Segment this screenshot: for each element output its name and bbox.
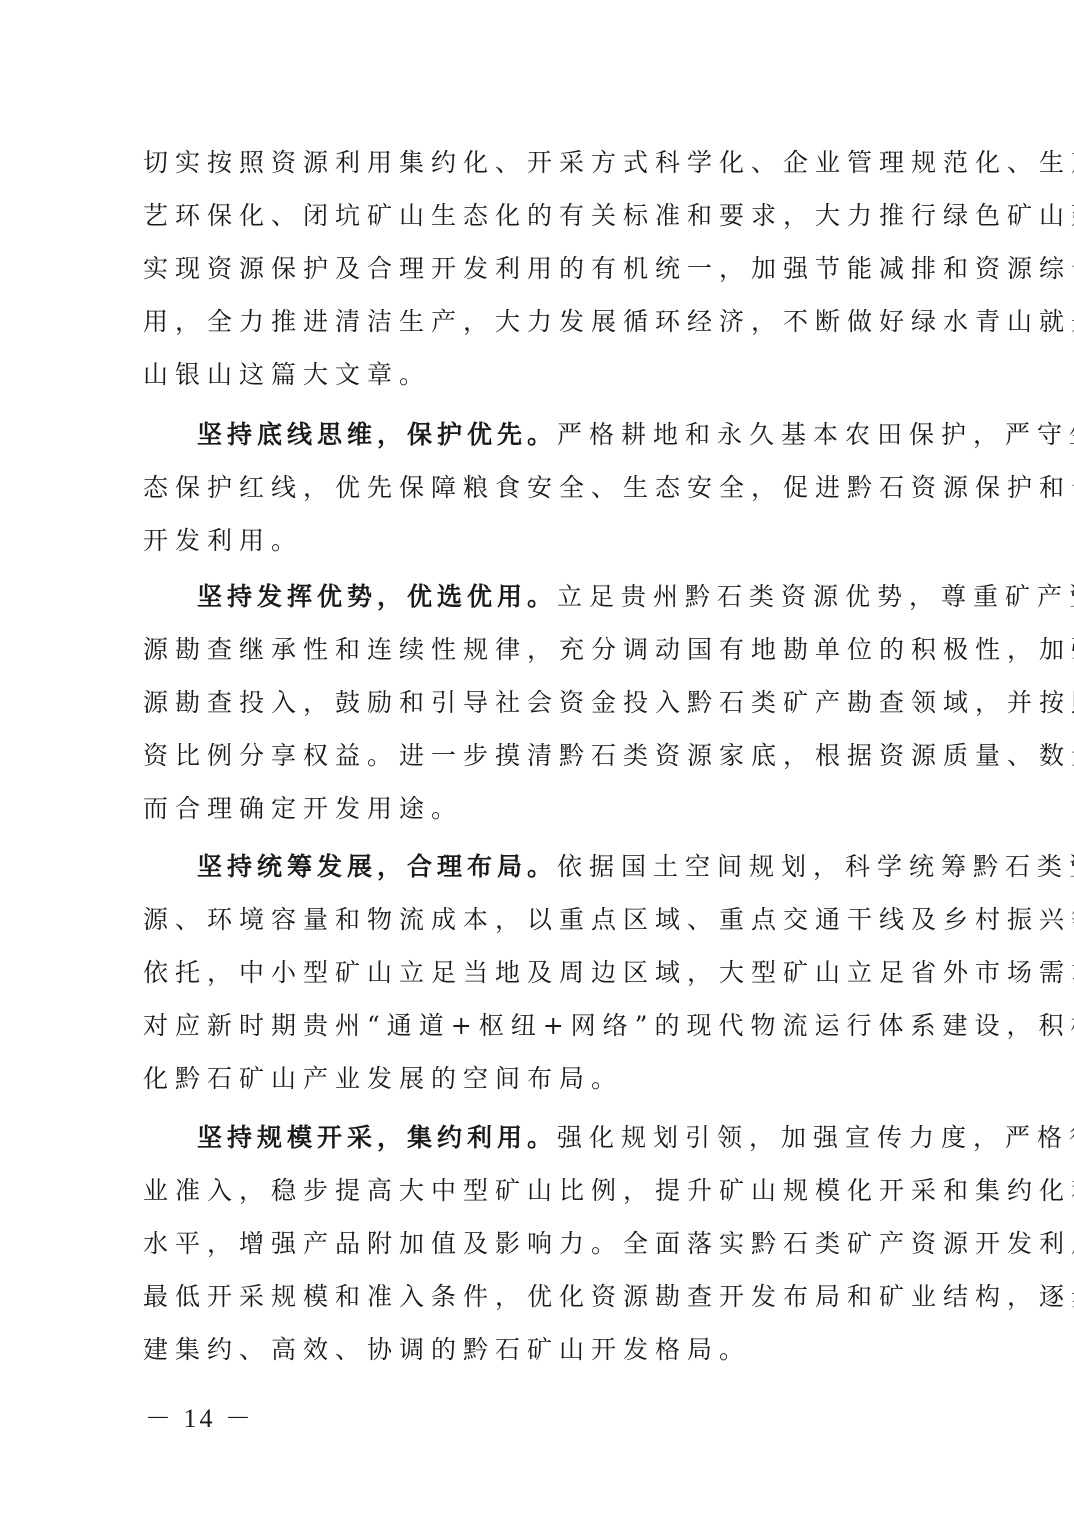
text-line: 业准入，稳步提高大中型矿山比例，提升矿山规模化开采和集约化利用 — [143, 1164, 933, 1217]
text-line: 最低开采规模和准入条件，优化资源勘查开发布局和矿业结构，逐步构 — [143, 1270, 933, 1323]
text-line: 源、环境容量和物流成本，以重点区域、重点交通干线及乡村振兴等为 — [143, 893, 933, 946]
text-line: 用，全力推进清洁生产，大力发展循环经济，不断做好绿水青山就是金 — [143, 295, 933, 348]
text-line: 坚持发挥优势，优选优用。立足贵州黔石类资源优势，尊重矿产资 — [143, 570, 933, 623]
text-line: 坚持底线思维，保护优先。严格耕地和永久基本农田保护，严守生 — [143, 408, 933, 461]
paragraph-layout: 坚持统筹发展，合理布局。依据国土空间规划，科学统筹黔石类资 源、环境容量和物流成… — [143, 840, 933, 1105]
paragraph-advantages: 坚持发挥优势，优选优用。立足贵州黔石类资源优势，尊重矿产资 源勘查继承性和连续性… — [143, 570, 933, 835]
document-page: 切实按照资源利用集约化、开采方式科学化、企业管理规范化、生产工 艺环保化、闭坑矿… — [0, 0, 1074, 1520]
text-line: 依托，中小型矿山立足当地及周边区域，大型矿山立足省外市场需求， — [143, 946, 933, 999]
text-line: 源勘查继承性和连续性规律，充分调动国有地勘单位的积极性，加强资 — [143, 623, 933, 676]
paragraph-heading: 坚持统筹发展，合理布局。 — [197, 852, 557, 881]
text-line: 源勘查投入，鼓励和引导社会资金投入黔石类矿产勘查领域，并按照投 — [143, 676, 933, 729]
text-line: 建集约、高效、协调的黔石矿山开发格局。 — [143, 1323, 933, 1376]
paragraph-green-mining: 切实按照资源利用集约化、开采方式科学化、企业管理规范化、生产工 艺环保化、闭坑矿… — [143, 136, 933, 401]
text-line: 开发利用。 — [143, 514, 933, 567]
paragraph-scale-mining: 坚持规模开采，集约利用。强化规划引领，加强宣传力度，严格行 业准入，稳步提高大中… — [143, 1111, 933, 1376]
text-line: 而合理确定开发用途。 — [143, 782, 933, 835]
paragraph-heading: 坚持发挥优势，优选优用。 — [197, 582, 557, 611]
paragraph-bottom-line: 坚持底线思维，保护优先。严格耕地和永久基本农田保护，严守生 态保护红线，优先保障… — [143, 408, 933, 567]
text-line: 艺环保化、闭坑矿山生态化的有关标准和要求，大力推行绿色矿山建设， — [143, 189, 933, 242]
text-line: 资比例分享权益。进一步摸清黔石类资源家底，根据资源质量、数量进 — [143, 729, 933, 782]
paragraph-text: 强化规划引领，加强宣传力度，严格行 — [557, 1123, 1074, 1152]
text-line: 实现资源保护及合理开发利用的有机统一，加强节能减排和资源综合利 — [143, 242, 933, 295]
text-line: 切实按照资源利用集约化、开采方式科学化、企业管理规范化、生产工 — [143, 136, 933, 189]
text-line: 水平，增强产品附加值及影响力。全面落实黔石类矿产资源开发利用的 — [143, 1217, 933, 1270]
text-line: 态保护红线，优先保障粮食安全、生态安全，促进黔石资源保护和合理 — [143, 461, 933, 514]
text-line: 坚持统筹发展，合理布局。依据国土空间规划，科学统筹黔石类资 — [143, 840, 933, 893]
paragraph-heading: 坚持底线思维，保护优先。 — [197, 420, 557, 449]
text-line: 山银山这篇大文章。 — [143, 348, 933, 401]
page-number: － 14 － — [145, 1398, 254, 1435]
paragraph-text: 严格耕地和永久基本农田保护，严守生 — [557, 420, 1074, 449]
text-line: 化黔石矿山产业发展的空间布局。 — [143, 1052, 933, 1105]
paragraph-text: 依据国土空间规划，科学统筹黔石类资 — [557, 852, 1074, 881]
text-line: 坚持规模开采，集约利用。强化规划引领，加强宣传力度，严格行 — [143, 1111, 933, 1164]
paragraph-text: 立足贵州黔石类资源优势，尊重矿产资 — [557, 582, 1074, 611]
paragraph-heading: 坚持规模开采，集约利用。 — [197, 1123, 557, 1152]
text-line: 对应新时期贵州“通道+枢纽+网络”的现代物流运行体系建设，积极优 — [143, 999, 933, 1052]
